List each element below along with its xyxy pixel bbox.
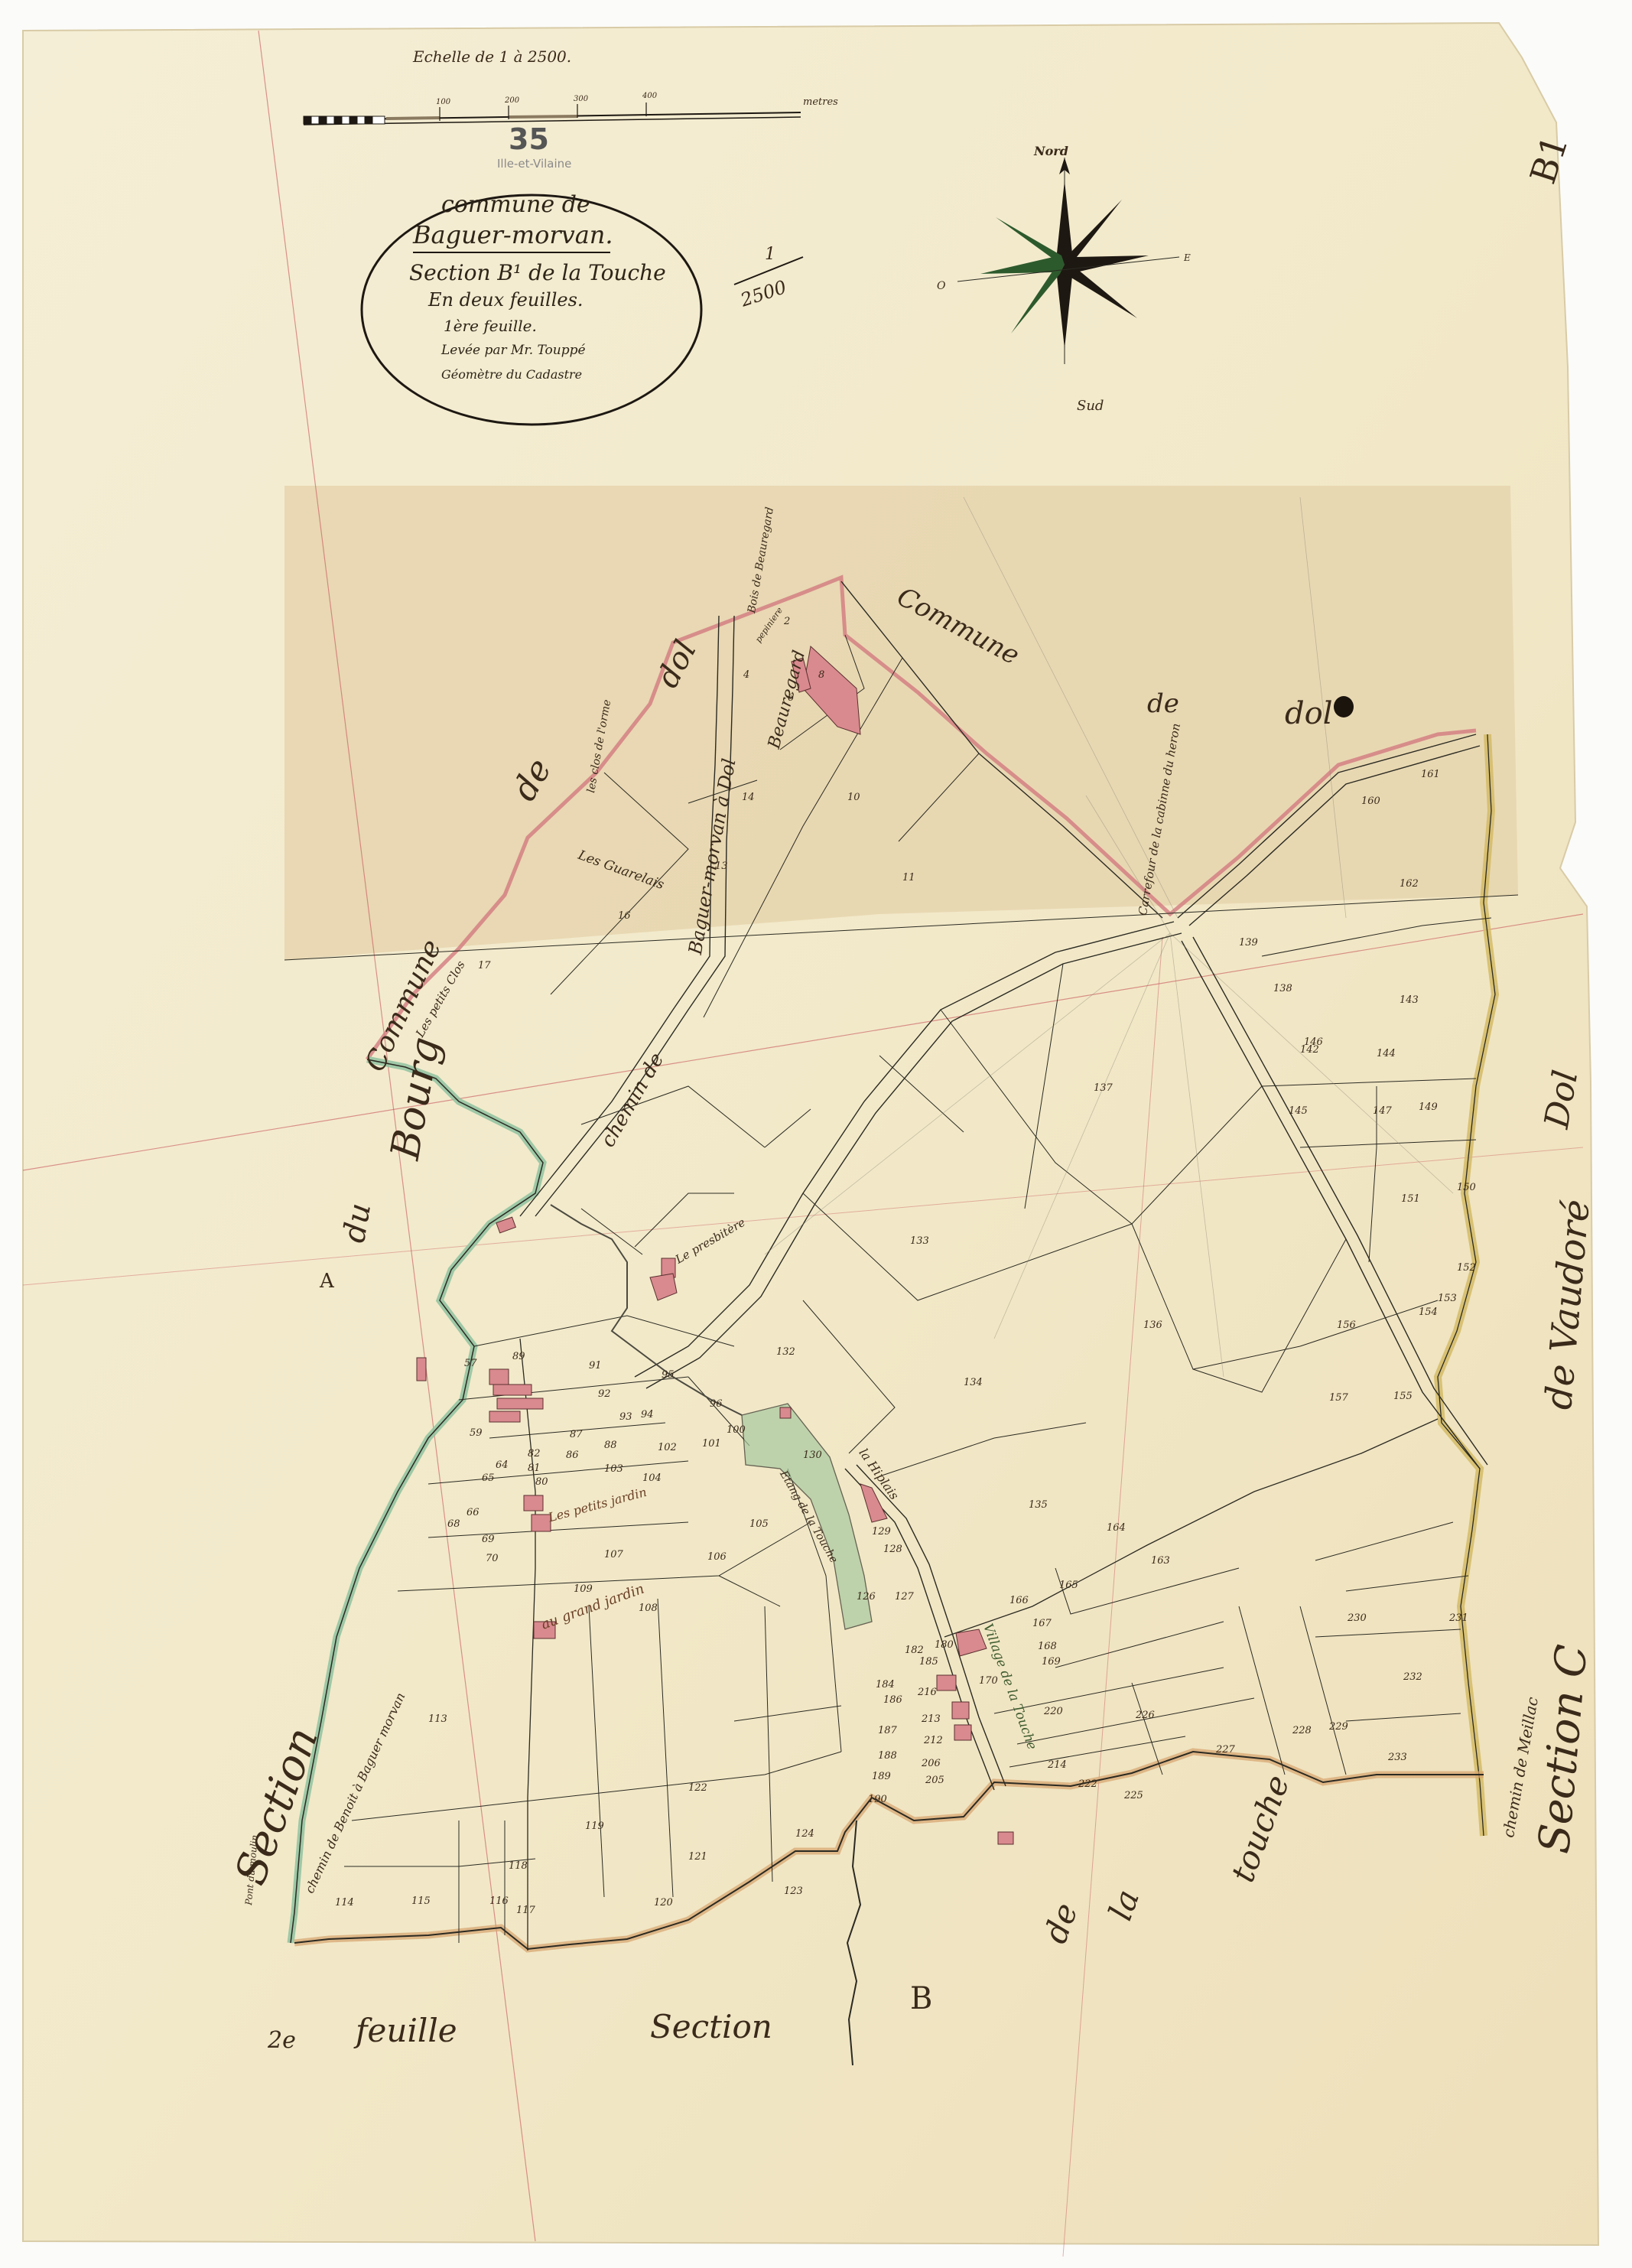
parcel-number: 123 [784,1886,803,1897]
parcel-number: 130 [803,1450,822,1461]
parcel-number: 206 [922,1758,941,1769]
parcel-number: 154 [1419,1306,1438,1318]
parcel-number: 135 [1029,1499,1048,1511]
parcel-number: 10 [847,792,860,803]
parcel-number: 153 [1438,1293,1457,1304]
parcel-number: 81 [528,1463,541,1474]
parcel-number: 205 [925,1775,944,1786]
parcel-number: 167 [1032,1618,1052,1629]
parcel-number: 69 [482,1534,495,1545]
parcel-number: 6 [788,692,794,704]
parcel-number: 189 [872,1771,891,1782]
parcel-number: 232 [1403,1671,1422,1683]
compass-north-label: Nord [1034,144,1068,158]
label-2e: 2e [268,2027,296,2054]
parcel-number: 108 [639,1603,658,1614]
parcel-number: 212 [924,1735,943,1746]
parcel-number: 228 [1292,1725,1312,1736]
label-de-top: de [1147,688,1179,719]
parcel-number: 116 [489,1895,509,1907]
parcel-number: 216 [918,1687,937,1698]
parcel-number: 184 [876,1679,895,1690]
parcel-number: 186 [883,1694,902,1706]
parcel-number: 220 [1044,1706,1063,1717]
cartouche-line-section: Section B¹ de la Touche [409,260,666,285]
parcel-number: 89 [512,1351,525,1362]
parcel-number: 95 [662,1369,675,1381]
parcel-number: 190 [868,1794,887,1805]
parcel-number: 124 [795,1828,814,1840]
parcel-number: 13 [715,861,728,872]
parcel-number: 185 [919,1656,938,1668]
parcel-number: 104 [642,1472,662,1484]
label-feuille: feuille [356,2012,457,2049]
paper-sheet [23,23,1598,2245]
scale-title: Echelle de 1 à 2500. [413,47,571,66]
parcel-number: 57 [464,1358,477,1369]
cartouche-line-title: Géomètre du Cadastre [441,367,582,382]
parcel-number: 170 [979,1675,998,1687]
parcel-number: 121 [688,1851,707,1863]
parcel-number: 226 [1136,1710,1155,1721]
parcel-number: 88 [604,1440,617,1451]
parcel-number: 225 [1124,1790,1143,1801]
parcel-number: 109 [574,1583,593,1595]
parcel-number: 102 [658,1442,677,1453]
parcel-number: 230 [1348,1612,1367,1624]
parcel-number: 187 [878,1725,897,1736]
parcel-number: 157 [1329,1392,1348,1404]
parcel-number: 4 [743,669,749,681]
parcel-number: 103 [604,1463,623,1475]
parcel-number: 64 [496,1459,509,1471]
parcel-number: 16 [618,910,631,922]
parcel-number: 163 [1151,1555,1170,1567]
parcel-number: 66 [467,1507,480,1518]
scale-tick-300: 300 [574,95,588,103]
parcel-number: 231 [1449,1612,1468,1624]
map-canvas [0,0,1632,2268]
parcel-number: 180 [935,1639,954,1651]
parcel-number: 155 [1393,1391,1413,1402]
parcel-number: 145 [1289,1105,1308,1117]
parcel-number: 166 [1009,1595,1029,1606]
parcel-number: 168 [1038,1641,1057,1652]
label-section-a-letter: A [320,1270,334,1293]
shaded-commune-dol-band [284,486,1518,960]
parcel-number: 100 [727,1424,746,1436]
label-b-bottom: B [910,1981,932,2016]
compass-south-label: Sud [1077,398,1104,414]
parcel-number: 161 [1421,769,1440,780]
parcel-number: 160 [1361,796,1380,807]
parcel-number: 120 [654,1897,673,1908]
parcel-number: 59 [470,1427,483,1439]
label-section-bottom: Section [650,2008,772,2045]
parcel-number: 222 [1078,1778,1097,1790]
parcel-number: 162 [1400,878,1419,890]
parcel-number: 182 [905,1645,924,1656]
parcel-number: 14 [742,792,755,803]
parcel-number: 227 [1216,1744,1235,1756]
parcel-number: 165 [1059,1580,1078,1591]
parcel-number: 129 [872,1526,891,1537]
parcel-number: 138 [1273,983,1292,994]
parcel-number: 8 [818,669,824,681]
parcel-number: 144 [1377,1048,1396,1059]
parcel-number: 137 [1094,1082,1113,1094]
parcel-number: 146 [1304,1036,1323,1048]
parcel-number: 115 [411,1895,431,1907]
parcel-number: 188 [878,1750,897,1762]
parcel-number: 214 [1048,1759,1067,1771]
parcel-number: 119 [585,1821,604,1832]
fraction-numerator: 1 [765,245,775,264]
parcel-number: 122 [688,1782,707,1794]
parcel-number: 93 [619,1411,632,1423]
parcel-number: 149 [1419,1101,1438,1113]
scale-unit-label: metres [803,96,838,108]
cartouche-line-commune-name: Baguer-morvan. [413,220,613,249]
parcel-number: 133 [910,1235,929,1247]
parcel-number: 118 [509,1860,528,1872]
parcel-number: 233 [1388,1752,1407,1763]
parcel-number: 164 [1107,1522,1126,1534]
parcel-number: 139 [1239,937,1258,949]
parcel-number: 2 [784,616,790,627]
parcel-number: 151 [1401,1193,1420,1205]
parcel-number: 96 [710,1398,723,1410]
parcel-number: 65 [482,1472,495,1484]
parcel-number: 143 [1400,994,1419,1006]
cartouche-line-commune: commune de [441,191,590,218]
parcel-number: 213 [922,1713,941,1725]
parcel-number: 134 [964,1377,983,1388]
parcel-number: 152 [1457,1262,1476,1274]
parcel-number: 87 [570,1429,583,1440]
department-name-stamp: Ille-et-Vilaine [497,157,571,171]
parcel-number: 156 [1337,1319,1356,1331]
label-du-bourg-du: du [336,1200,378,1245]
parcel-number: 80 [535,1476,548,1488]
scale-tick-100: 100 [436,98,450,106]
scale-tick-200: 200 [505,96,519,105]
parcel-number: 68 [447,1518,460,1530]
ink-blot [1334,696,1354,717]
parcel-number: 107 [604,1549,623,1560]
parcel-number: 117 [516,1905,535,1916]
parcel-number: 11 [902,872,915,883]
parcel-number: 91 [589,1360,602,1372]
compass-west-label: O [937,280,945,292]
parcel-number: 86 [566,1450,579,1461]
parcel-number: 132 [776,1346,795,1358]
label-dol-top: dol [1285,696,1332,731]
parcel-number: 70 [486,1553,499,1564]
parcel-number: 94 [641,1409,654,1420]
department-number-stamp: 35 [509,122,549,156]
parcel-number: 150 [1457,1182,1476,1193]
parcel-number: 147 [1373,1105,1392,1117]
parcel-number: 105 [749,1518,769,1530]
parcel-number: 127 [895,1591,914,1603]
parcel-number: 106 [707,1551,727,1563]
parcel-number: 114 [335,1897,354,1908]
parcel-number: 82 [528,1448,541,1459]
parcel-number: 169 [1042,1656,1061,1668]
parcel-number: 113 [428,1713,447,1725]
parcel-number: 92 [598,1388,611,1400]
compass-east-label: E [1184,252,1191,263]
cartouche-line-sheet-number: 1ère feuille. [444,317,537,335]
parcel-number: 229 [1329,1721,1348,1733]
cartouche-line-surveyor: Levée par Mr. Touppé [441,343,586,358]
parcel-number: 17 [478,960,491,971]
parcel-number: 101 [702,1438,721,1450]
parcel-number: 128 [883,1544,902,1555]
parcel-number: 126 [857,1591,876,1603]
parcel-number: 136 [1143,1319,1162,1331]
cartouche-line-sheets: En deux feuilles. [428,289,584,311]
scale-tick-400: 400 [642,92,657,100]
cadastral-map-sheet: Echelle de 1 à 2500. metres 100 200 300 … [0,0,1632,2268]
